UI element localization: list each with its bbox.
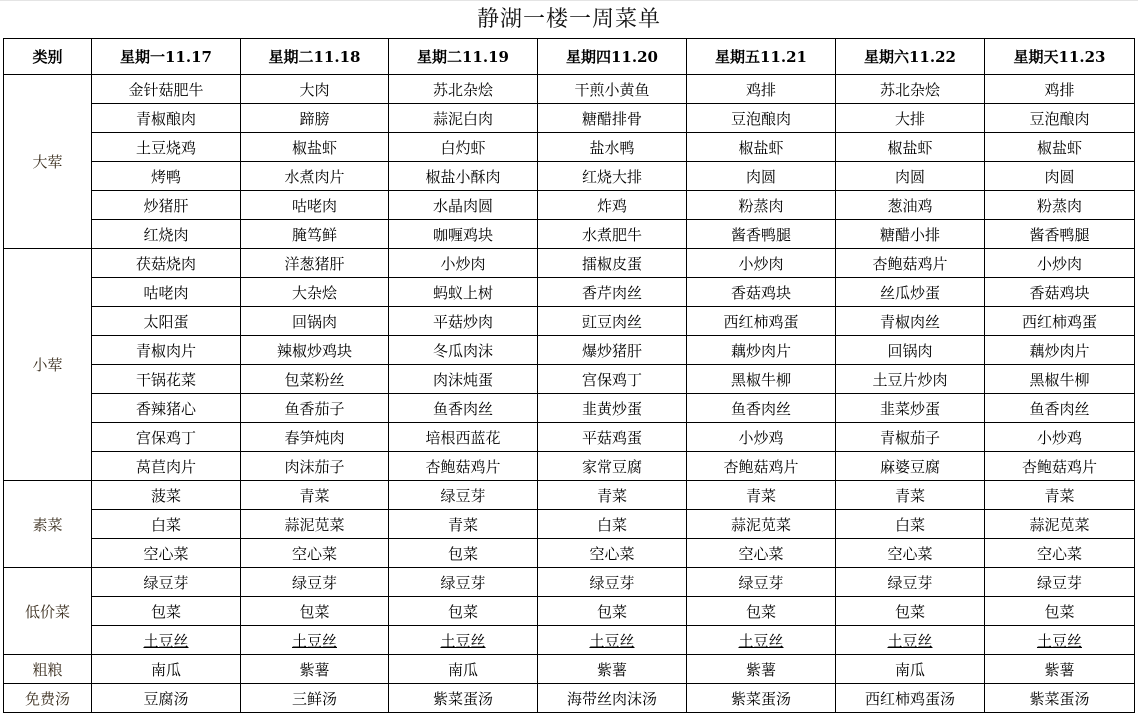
category-cell[interactable]: 小荤 (4, 249, 92, 481)
dish-name: 回锅肉 (887, 342, 932, 360)
dish-name: 青菜 (895, 487, 925, 505)
dish-cell[interactable]: 黑椒牛柳 (687, 365, 836, 394)
dish-cell[interactable]: 大杂烩 (241, 278, 389, 307)
dish-cell[interactable]: 青椒茄子 (836, 423, 985, 452)
dish-name: 绿豆芽 (738, 574, 783, 592)
dish-cell[interactable]: 三鲜汤 (241, 684, 389, 713)
dish-name: 春笋炖肉 (284, 429, 344, 447)
dish-name: 莴苣肉片 (136, 458, 196, 476)
dish-name: 土豆丝 (143, 632, 188, 650)
dish-name: 藕炒肉片 (731, 342, 791, 360)
dish-cell[interactable]: 小炒肉 (985, 249, 1135, 278)
dish-name: 咕咾肉 (292, 197, 337, 215)
dish-cell[interactable]: 大肉 (241, 75, 389, 104)
dish-cell[interactable]: 洋葱猪肝 (241, 249, 389, 278)
dish-cell[interactable]: 土豆丝 (241, 626, 389, 655)
dish-name: 蒜泥白肉 (433, 110, 493, 128)
dish-name: 水晶肉圆 (433, 197, 493, 215)
dish-cell[interactable]: 杏鲍菇鸡片 (687, 452, 836, 481)
dish-name: 绿豆芽 (887, 574, 932, 592)
dish-cell[interactable]: 蒜泥苋菜 (241, 510, 389, 539)
menu-body: 大荤金针菇肥牛大肉苏北杂烩干煎小黄鱼鸡排苏北杂烩鸡排青椒酿肉蹄膀蒜泥白肉糖醋排骨… (4, 75, 1135, 713)
dish-name: 土豆丝 (589, 632, 634, 650)
dish-name: 鸡排 (746, 81, 776, 99)
dish-cell[interactable]: 莴苣肉片 (92, 452, 241, 481)
category-cell[interactable]: 大荤 (4, 75, 92, 249)
dish-name: 空心菜 (738, 545, 783, 563)
table-row: 低价菜绿豆芽绿豆芽绿豆芽绿豆芽绿豆芽绿豆芽绿豆芽 (4, 568, 1135, 597)
dish-cell[interactable]: 水煮肉片 (241, 162, 389, 191)
header-day-tuesday[interactable]: 星期二11.18 (241, 39, 389, 75)
dish-name: 小炒鸡 (1037, 429, 1082, 447)
dish-name: 空心菜 (1037, 545, 1082, 563)
dish-cell[interactable]: 杏鲍菇鸡片 (985, 452, 1135, 481)
dish-cell[interactable]: 海带丝肉沫汤 (538, 684, 687, 713)
dish-name: 洋葱猪肝 (284, 255, 344, 273)
dish-cell[interactable]: 土豆片炒肉 (836, 365, 985, 394)
header-day-saturday[interactable]: 星期六11.22 (836, 39, 985, 75)
dish-cell[interactable]: 空心菜 (241, 539, 389, 568)
category-cell[interactable]: 粗粮 (4, 655, 92, 684)
dish-name: 包菜 (1044, 603, 1074, 621)
dish-cell[interactable]: 椒盐小酥肉 (389, 162, 538, 191)
category-cell[interactable]: 免费汤 (4, 684, 92, 713)
dish-name: 土豆丝 (1037, 632, 1082, 650)
header-day-wednesday[interactable]: 星期二11.19 (389, 39, 538, 75)
dish-name: 椒盐小酥肉 (425, 168, 500, 186)
dish-name: 菠菜 (151, 487, 181, 505)
dish-cell[interactable]: 小炒鸡 (985, 423, 1135, 452)
dish-cell[interactable]: 藕炒肉片 (687, 336, 836, 365)
dish-cell[interactable]: 麻婆豆腐 (836, 452, 985, 481)
header-day-thursday[interactable]: 星期四11.20 (538, 39, 687, 75)
dish-name: 西红柿鸡蛋汤 (865, 690, 955, 708)
header-category[interactable]: 类别 (4, 39, 92, 75)
table-row: 白菜蒜泥苋菜青菜白菜蒜泥苋菜白菜蒜泥苋菜 (4, 510, 1135, 539)
dish-cell[interactable]: 南瓜 (92, 655, 241, 684)
dish-cell[interactable]: 包菜 (538, 597, 687, 626)
dish-name: 豆泡酿肉 (731, 110, 791, 128)
dish-name: 土豆丝 (292, 632, 337, 650)
sheet-gridline (0, 0, 1138, 1)
table-row: 香辣猪心鱼香茄子鱼香肉丝韭黄炒蛋鱼香肉丝韭菜炒蛋鱼香肉丝 (4, 394, 1135, 423)
dish-cell[interactable]: 炒猪肝 (92, 191, 241, 220)
dish-cell[interactable]: 干锅花菜 (92, 365, 241, 394)
dish-cell[interactable]: 紫薯 (538, 655, 687, 684)
dish-cell[interactable]: 小炒肉 (687, 249, 836, 278)
dish-name: 青椒酿肉 (136, 110, 196, 128)
dish-name: 大肉 (299, 81, 329, 99)
dish-name: 南瓜 (895, 661, 925, 679)
dish-cell[interactable]: 鱼香肉丝 (687, 394, 836, 423)
dish-name: 肉圆 (1044, 168, 1074, 186)
dish-name: 蒜泥苋菜 (731, 516, 791, 534)
dish-name: 豇豆肉丝 (582, 313, 642, 331)
dish-name: 烤鸭 (151, 168, 181, 186)
dish-name: 肉圆 (895, 168, 925, 186)
dish-cell[interactable]: 平菇鸡蛋 (538, 423, 687, 452)
dish-cell[interactable]: 青椒肉丝 (836, 307, 985, 336)
dish-cell[interactable]: 椒盐虾 (985, 133, 1135, 162)
dish-name: 水煮肥牛 (582, 226, 642, 244)
dish-name: 白菜 (895, 516, 925, 534)
dish-name: 酱香鸭腿 (731, 226, 791, 244)
dish-cell[interactable]: 青椒酿肉 (92, 104, 241, 133)
dish-cell[interactable]: 青菜 (241, 481, 389, 510)
dish-name: 金针菇肥牛 (128, 81, 203, 99)
dish-name: 家常豆腐 (582, 458, 642, 476)
dish-name: 椒盐虾 (292, 139, 337, 157)
dish-name: 宫保鸡丁 (136, 429, 196, 447)
category-cell[interactable]: 素菜 (4, 481, 92, 568)
dish-cell[interactable]: 粉蒸肉 (985, 191, 1135, 220)
dish-cell[interactable]: 紫菜蛋汤 (389, 684, 538, 713)
dish-name: 土豆丝 (440, 632, 485, 650)
dish-cell[interactable]: 大排 (836, 104, 985, 133)
dish-name: 绿豆芽 (1037, 574, 1082, 592)
dish-cell[interactable]: 青菜 (538, 481, 687, 510)
dish-name: 肉沫炖蛋 (433, 371, 493, 389)
dish-cell[interactable]: 肉沫炖蛋 (389, 365, 538, 394)
dish-name: 杏鲍菇鸡片 (872, 255, 947, 273)
dish-name: 韭菜炒蛋 (880, 400, 940, 418)
dish-cell[interactable]: 红烧肉 (92, 220, 241, 249)
dish-name: 水煮肉片 (284, 168, 344, 186)
dish-cell[interactable]: 紫薯 (985, 655, 1135, 684)
dish-cell[interactable]: 空心菜 (92, 539, 241, 568)
dish-name: 紫薯 (597, 661, 627, 679)
dish-cell[interactable]: 鱼香肉丝 (389, 394, 538, 423)
dish-cell[interactable]: 酱香鸭腿 (985, 220, 1135, 249)
dish-cell[interactable]: 青椒肉片 (92, 336, 241, 365)
dish-cell[interactable]: 宫保鸡丁 (538, 365, 687, 394)
dish-cell[interactable]: 水晶肉圆 (389, 191, 538, 220)
dish-cell[interactable]: 包菜 (241, 597, 389, 626)
dish-cell[interactable]: 烤鸭 (92, 162, 241, 191)
dish-cell[interactable]: 蒜泥白肉 (389, 104, 538, 133)
dish-cell[interactable]: 绿豆芽 (241, 568, 389, 597)
table-row: 粗粮南瓜紫薯南瓜紫薯紫薯南瓜紫薯 (4, 655, 1135, 684)
dish-name: 青菜 (597, 487, 627, 505)
table-row: 素菜菠菜青菜绿豆芽青菜青菜青菜青菜 (4, 481, 1135, 510)
dish-name: 干锅花菜 (136, 371, 196, 389)
dish-cell[interactable]: 韭黄炒蛋 (538, 394, 687, 423)
dish-cell[interactable]: 空心菜 (687, 539, 836, 568)
dish-name: 空心菜 (589, 545, 634, 563)
dish-cell[interactable]: 白菜 (92, 510, 241, 539)
dish-name: 西红柿鸡蛋 (723, 313, 798, 331)
dish-name: 香辣猪心 (136, 400, 196, 418)
dish-cell[interactable]: 炸鸡 (538, 191, 687, 220)
dish-cell[interactable]: 糖醋小排 (836, 220, 985, 249)
dish-name: 辣椒炒鸡块 (277, 342, 352, 360)
dish-cell[interactable]: 糖醋排骨 (538, 104, 687, 133)
dish-cell[interactable]: 香芹肉丝 (538, 278, 687, 307)
dish-cell[interactable]: 空心菜 (538, 539, 687, 568)
dish-name: 平菇鸡蛋 (582, 429, 642, 447)
dish-name: 包菜 (597, 603, 627, 621)
dish-cell[interactable]: 包菜 (389, 539, 538, 568)
dish-cell[interactable]: 土豆烧鸡 (92, 133, 241, 162)
dish-cell[interactable]: 土豆丝 (836, 626, 985, 655)
dish-name: 紫菜蛋汤 (731, 690, 791, 708)
dish-name: 黑椒牛柳 (731, 371, 791, 389)
dish-name: 糖醋小排 (880, 226, 940, 244)
dish-cell[interactable]: 西红柿鸡蛋汤 (836, 684, 985, 713)
dish-cell[interactable]: 小炒鸡 (687, 423, 836, 452)
dish-name: 咕咾肉 (143, 284, 188, 302)
dish-name: 鱼香肉丝 (731, 400, 791, 418)
dish-cell[interactable]: 土豆丝 (538, 626, 687, 655)
dish-name: 杏鲍菇鸡片 (723, 458, 798, 476)
header-day-friday[interactable]: 星期五11.21 (687, 39, 836, 75)
dish-name: 土豆丝 (887, 632, 932, 650)
dish-name: 鱼香茄子 (284, 400, 344, 418)
dish-name: 小炒肉 (738, 255, 783, 273)
dish-name: 咖喱鸡块 (433, 226, 493, 244)
dish-cell[interactable]: 紫薯 (687, 655, 836, 684)
dish-cell[interactable]: 西红柿鸡蛋 (985, 307, 1135, 336)
dish-cell[interactable]: 擂椒皮蛋 (538, 249, 687, 278)
dish-cell[interactable]: 空心菜 (836, 539, 985, 568)
dish-cell[interactable]: 咕咾肉 (92, 278, 241, 307)
dish-cell[interactable]: 紫菜蛋汤 (985, 684, 1135, 713)
dish-cell[interactable]: 青菜 (836, 481, 985, 510)
dish-name: 回锅肉 (292, 313, 337, 331)
dish-cell[interactable]: 小炒肉 (389, 249, 538, 278)
dish-name: 香芹肉丝 (582, 284, 642, 302)
dish-name: 绿豆芽 (143, 574, 188, 592)
dish-cell[interactable]: 干煎小黄鱼 (538, 75, 687, 104)
dish-cell[interactable]: 爆炒猪肝 (538, 336, 687, 365)
dish-name: 小炒肉 (440, 255, 485, 273)
dish-cell[interactable]: 椒盐虾 (836, 133, 985, 162)
dish-cell[interactable]: 鱼香茄子 (241, 394, 389, 423)
dish-name: 爆炒猪肝 (582, 342, 642, 360)
dish-cell[interactable]: 南瓜 (836, 655, 985, 684)
dish-cell[interactable]: 苏北杂烩 (836, 75, 985, 104)
dish-name: 大排 (895, 110, 925, 128)
dish-cell[interactable]: 韭菜炒蛋 (836, 394, 985, 423)
dish-cell[interactable]: 水煮肥牛 (538, 220, 687, 249)
dish-cell[interactable]: 菠菜 (92, 481, 241, 510)
dish-cell[interactable]: 香菇鸡块 (985, 278, 1135, 307)
dish-cell[interactable]: 肉沫茄子 (241, 452, 389, 481)
dish-name: 紫菜蛋汤 (1029, 690, 1089, 708)
dish-cell[interactable]: 家常豆腐 (538, 452, 687, 481)
dish-cell[interactable]: 培根西蓝花 (389, 423, 538, 452)
dish-cell[interactable]: 丝瓜炒蛋 (836, 278, 985, 307)
dish-cell[interactable]: 腌笃鲜 (241, 220, 389, 249)
dish-cell[interactable]: 茯菇烧肉 (92, 249, 241, 278)
dish-cell[interactable]: 肉圆 (687, 162, 836, 191)
dish-name: 鱼香肉丝 (1029, 400, 1089, 418)
dish-cell[interactable]: 太阳蛋 (92, 307, 241, 336)
dish-cell[interactable]: 包菜 (389, 597, 538, 626)
dish-name: 白灼虾 (440, 139, 485, 157)
dish-cell[interactable]: 香辣猪心 (92, 394, 241, 423)
dish-name: 绿豆芽 (440, 574, 485, 592)
dish-name: 南瓜 (151, 661, 181, 679)
dish-cell[interactable]: 青菜 (985, 481, 1135, 510)
dish-name: 南瓜 (448, 661, 478, 679)
dish-cell[interactable]: 绿豆芽 (687, 568, 836, 597)
dish-cell[interactable]: 平菇炒肉 (389, 307, 538, 336)
dish-name: 杏鲍菇鸡片 (1022, 458, 1097, 476)
dish-cell[interactable]: 蚂蚁上树 (389, 278, 538, 307)
dish-name: 蚂蚁上树 (433, 284, 493, 302)
dish-cell[interactable]: 紫菜蛋汤 (687, 684, 836, 713)
dish-cell[interactable]: 包菜 (985, 597, 1135, 626)
dish-name: 紫薯 (746, 661, 776, 679)
dish-name: 青菜 (746, 487, 776, 505)
dish-name: 青菜 (299, 487, 329, 505)
dish-name: 麻婆豆腐 (880, 458, 940, 476)
dish-name: 绿豆芽 (589, 574, 634, 592)
dish-name: 茯菇烧肉 (136, 255, 196, 273)
category-cell[interactable]: 低价菜 (4, 568, 92, 655)
dish-cell[interactable]: 白菜 (538, 510, 687, 539)
dish-name: 紫菜蛋汤 (433, 690, 493, 708)
dish-cell[interactable]: 藕炒肉片 (985, 336, 1135, 365)
dish-cell[interactable]: 回锅肉 (241, 307, 389, 336)
dish-cell[interactable]: 春笋炖肉 (241, 423, 389, 452)
dish-cell[interactable]: 蒜泥苋菜 (687, 510, 836, 539)
dish-cell[interactable]: 土豆丝 (687, 626, 836, 655)
table-row: 莴苣肉片肉沫茄子杏鲍菇鸡片家常豆腐杏鲍菇鸡片麻婆豆腐杏鲍菇鸡片 (4, 452, 1135, 481)
dish-name: 包菜 (299, 603, 329, 621)
dish-name: 豆泡酿肉 (1029, 110, 1089, 128)
dish-cell[interactable]: 杏鲍菇鸡片 (836, 249, 985, 278)
dish-name: 土豆片炒肉 (872, 371, 947, 389)
dish-name: 鸡排 (1044, 81, 1074, 99)
dish-name: 肉圆 (746, 168, 776, 186)
table-row: 土豆烧鸡椒盐虾白灼虾盐水鸭椒盐虾椒盐虾椒盐虾 (4, 133, 1135, 162)
dish-name: 炒猪肝 (143, 197, 188, 215)
dish-name: 盐水鸭 (589, 139, 634, 157)
dish-name: 豆腐汤 (143, 690, 188, 708)
dish-cell[interactable]: 绿豆芽 (538, 568, 687, 597)
dish-name: 包菜 (448, 603, 478, 621)
dish-cell[interactable]: 椒盐虾 (687, 133, 836, 162)
dish-cell[interactable]: 包菜粉丝 (241, 365, 389, 394)
dish-name: 青椒肉丝 (880, 313, 940, 331)
dish-cell[interactable]: 土豆丝 (985, 626, 1135, 655)
dish-cell[interactable]: 青菜 (687, 481, 836, 510)
dish-cell[interactable]: 辣椒炒鸡块 (241, 336, 389, 365)
header-day-monday[interactable]: 星期一11.17 (92, 39, 241, 75)
dish-name: 苏北杂烩 (880, 81, 940, 99)
dish-cell[interactable]: 南瓜 (389, 655, 538, 684)
dish-cell[interactable]: 空心菜 (985, 539, 1135, 568)
dish-cell[interactable]: 青菜 (389, 510, 538, 539)
dish-name: 白菜 (151, 516, 181, 534)
dish-cell[interactable]: 红烧大排 (538, 162, 687, 191)
dish-cell[interactable]: 包菜 (92, 597, 241, 626)
dish-name: 土豆烧鸡 (136, 139, 196, 157)
dish-name: 包菜 (895, 603, 925, 621)
dish-cell[interactable]: 西红柿鸡蛋 (687, 307, 836, 336)
dish-cell[interactable]: 葱油鸡 (836, 191, 985, 220)
table-row: 免费汤豆腐汤三鲜汤紫菜蛋汤海带丝肉沫汤紫菜蛋汤西红柿鸡蛋汤紫菜蛋汤 (4, 684, 1135, 713)
dish-cell[interactable]: 苏北杂烩 (389, 75, 538, 104)
dish-cell[interactable]: 宫保鸡丁 (92, 423, 241, 452)
dish-cell[interactable]: 咖喱鸡块 (389, 220, 538, 249)
dish-name: 黑椒牛柳 (1029, 371, 1089, 389)
dish-cell[interactable]: 豆泡酿肉 (687, 104, 836, 133)
dish-cell[interactable]: 蒜泥苋菜 (985, 510, 1135, 539)
dish-name: 西红柿鸡蛋 (1022, 313, 1097, 331)
dish-name: 香菇鸡块 (1029, 284, 1089, 302)
dish-cell[interactable]: 鸡排 (985, 75, 1135, 104)
dish-cell[interactable]: 绿豆芽 (92, 568, 241, 597)
dish-cell[interactable]: 豆泡酿肉 (985, 104, 1135, 133)
dish-name: 空心菜 (143, 545, 188, 563)
table-row: 空心菜空心菜包菜空心菜空心菜空心菜空心菜 (4, 539, 1135, 568)
dish-cell[interactable]: 盐水鸭 (538, 133, 687, 162)
dish-name: 包菜 (151, 603, 181, 621)
dish-name: 韭黄炒蛋 (582, 400, 642, 418)
dish-cell[interactable]: 酱香鸭腿 (687, 220, 836, 249)
dish-cell[interactable]: 白灼虾 (389, 133, 538, 162)
dish-name: 培根西蓝花 (425, 429, 500, 447)
dish-name: 蒜泥苋菜 (1029, 516, 1089, 534)
dish-cell[interactable]: 杏鲍菇鸡片 (389, 452, 538, 481)
dish-cell[interactable]: 包菜 (836, 597, 985, 626)
header-day-sunday[interactable]: 星期天11.23 (985, 39, 1135, 75)
dish-cell[interactable]: 豆腐汤 (92, 684, 241, 713)
dish-cell[interactable]: 鸡排 (687, 75, 836, 104)
dish-name: 绿豆芽 (292, 574, 337, 592)
dish-cell[interactable]: 金针菇肥牛 (92, 75, 241, 104)
dish-name: 平菇炒肉 (433, 313, 493, 331)
dish-name: 绿豆芽 (440, 487, 485, 505)
dish-name: 青椒肉片 (136, 342, 196, 360)
dish-cell[interactable]: 土豆丝 (389, 626, 538, 655)
header-row: 类别 星期一11.17 星期二11.18 星期二11.19 星期四11.20 星… (4, 39, 1135, 75)
table-row: 土豆丝土豆丝土豆丝土豆丝土豆丝土豆丝土豆丝 (4, 626, 1135, 655)
dish-name: 干煎小黄鱼 (574, 81, 649, 99)
dish-cell[interactable]: 豇豆肉丝 (538, 307, 687, 336)
dish-cell[interactable]: 蹄膀 (241, 104, 389, 133)
table-row: 宫保鸡丁春笋炖肉培根西蓝花平菇鸡蛋小炒鸡青椒茄子小炒鸡 (4, 423, 1135, 452)
dish-cell[interactable]: 黑椒牛柳 (985, 365, 1135, 394)
dish-name: 青菜 (1044, 487, 1074, 505)
dish-cell[interactable]: 冬瓜肉沫 (389, 336, 538, 365)
dish-name: 小炒鸡 (738, 429, 783, 447)
dish-cell[interactable]: 肉圆 (985, 162, 1135, 191)
dish-cell[interactable]: 绿豆芽 (389, 481, 538, 510)
dish-cell[interactable]: 香菇鸡块 (687, 278, 836, 307)
table-row: 咕咾肉大杂烩蚂蚁上树香芹肉丝香菇鸡块丝瓜炒蛋香菇鸡块 (4, 278, 1135, 307)
dish-cell[interactable]: 鱼香肉丝 (985, 394, 1135, 423)
dish-name: 红烧肉 (143, 226, 188, 244)
dish-cell[interactable]: 绿豆芽 (836, 568, 985, 597)
dish-cell[interactable]: 紫薯 (241, 655, 389, 684)
dish-name: 炸鸡 (597, 197, 627, 215)
dish-cell[interactable]: 白菜 (836, 510, 985, 539)
dish-cell[interactable]: 绿豆芽 (985, 568, 1135, 597)
dish-cell[interactable]: 粉蒸肉 (687, 191, 836, 220)
dish-name: 紫薯 (1044, 661, 1074, 679)
dish-cell[interactable]: 回锅肉 (836, 336, 985, 365)
dish-cell[interactable]: 土豆丝 (92, 626, 241, 655)
dish-cell[interactable]: 咕咾肉 (241, 191, 389, 220)
dish-cell[interactable]: 绿豆芽 (389, 568, 538, 597)
dish-cell[interactable]: 包菜 (687, 597, 836, 626)
dish-cell[interactable]: 肉圆 (836, 162, 985, 191)
dish-cell[interactable]: 椒盐虾 (241, 133, 389, 162)
